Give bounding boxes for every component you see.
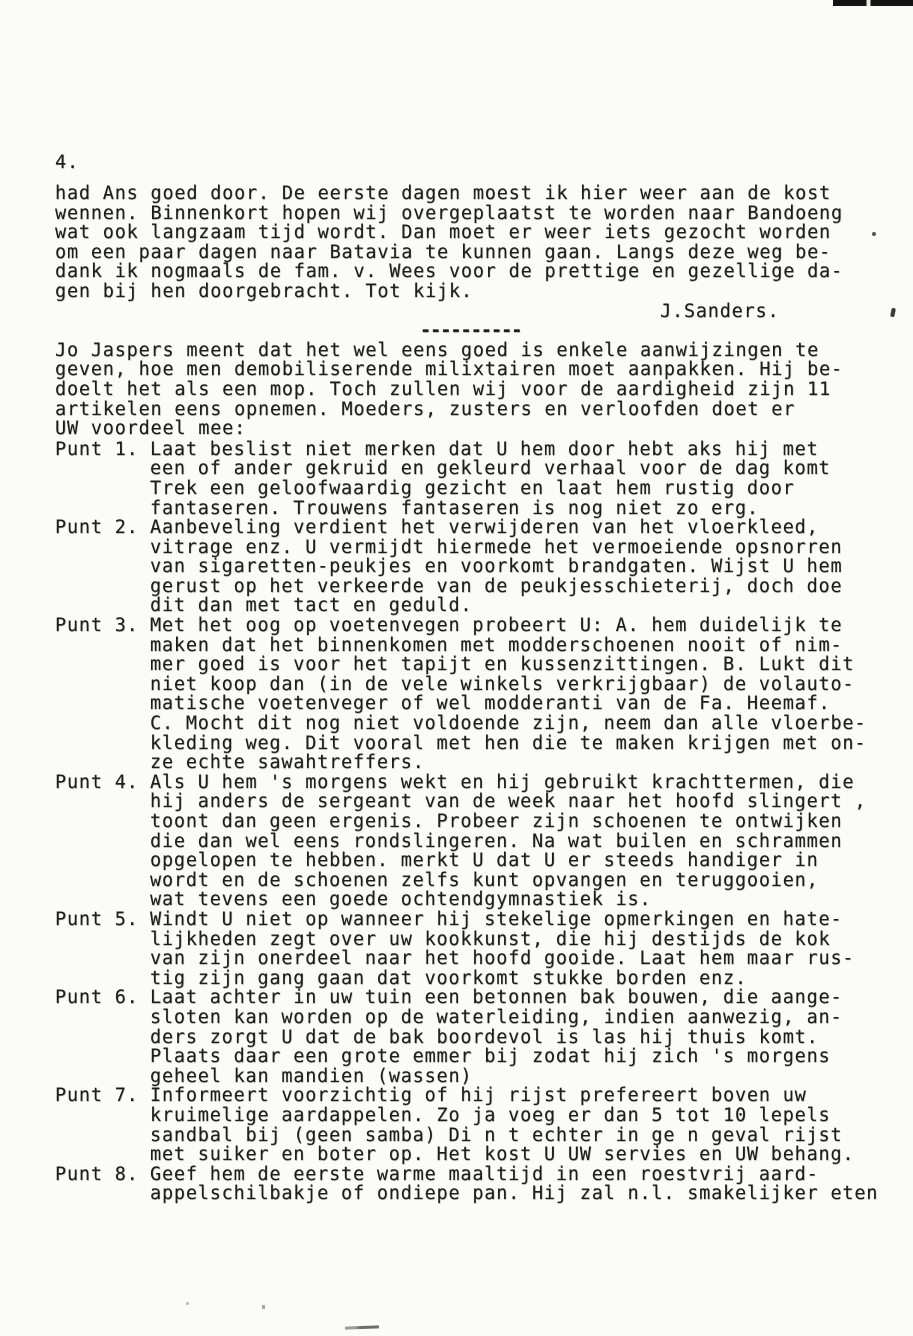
point-label: Punt 7. (55, 1086, 150, 1106)
scan-artifact-top-right-bar (833, 0, 913, 6)
point-label: Punt 5. (55, 910, 150, 930)
page-number: 4. (55, 152, 79, 173)
scan-speck-faint-2 (262, 1305, 265, 1309)
point-text: Laat achter in uw tuin een betonnen bak … (150, 988, 900, 1086)
point-item-7: Punt 7. Informeert voorzichtig of hij ri… (55, 1086, 900, 1164)
point-item-2: Punt 2. Aanbeveling verdient het verwijd… (55, 518, 900, 616)
point-label: Punt 6. (55, 988, 150, 1008)
point-label: Punt 3. (55, 616, 150, 636)
point-text: Met het oog op voetenvegen probeert U: A… (150, 616, 900, 773)
document-body: had Ans goed door. De eerste dagen moest… (55, 184, 900, 1204)
signature: J.Sanders. (660, 302, 900, 322)
point-item-4: Punt 4. Als U hem 's morgens wekt en hij… (55, 773, 900, 910)
jaspers-paragraph: Jo Jaspers meent dat het wel eens goed i… (55, 341, 900, 439)
point-item-6: Punt 6. Laat achter in uw tuin een beton… (55, 988, 900, 1086)
point-text: Als U hem 's morgens wekt en hij gebruik… (150, 773, 900, 910)
point-label: Punt 8. (55, 1165, 150, 1185)
point-text: Geef hem de eerste warme maaltijd in een… (150, 1165, 900, 1204)
point-item-5: Punt 5. Windt U niet op wanneer hij stek… (55, 910, 900, 988)
point-item-3: Punt 3. Met het oog op voetenvegen probe… (55, 616, 900, 773)
section-divider: ---------- (420, 321, 900, 341)
scan-speck-bottom-dash (345, 1325, 379, 1329)
point-item-1: Punt 1. Laat beslist niet merken dat U h… (55, 440, 900, 518)
document-page: 4. had Ans goed door. De eerste dagen mo… (0, 0, 913, 1336)
point-text: Aanbeveling verdient het verwijderen van… (150, 518, 900, 616)
point-item-8: Punt 8. Geef hem de eerste warme maaltij… (55, 1165, 900, 1204)
scan-speck-faint-1 (186, 1302, 189, 1305)
intro-paragraph: had Ans goed door. De eerste dagen moest… (55, 184, 900, 302)
point-text: Windt U niet op wanneer hij stekelige op… (150, 910, 900, 988)
point-label: Punt 4. (55, 773, 150, 793)
point-text: Laat beslist niet merken dat U hem door … (150, 440, 900, 518)
point-label: Punt 1. (55, 440, 150, 460)
point-label: Punt 2. (55, 518, 150, 538)
point-text: Informeert voorzichtig of hij rijst pref… (150, 1086, 900, 1164)
points-list: Punt 1. Laat beslist niet merken dat U h… (55, 440, 900, 1204)
